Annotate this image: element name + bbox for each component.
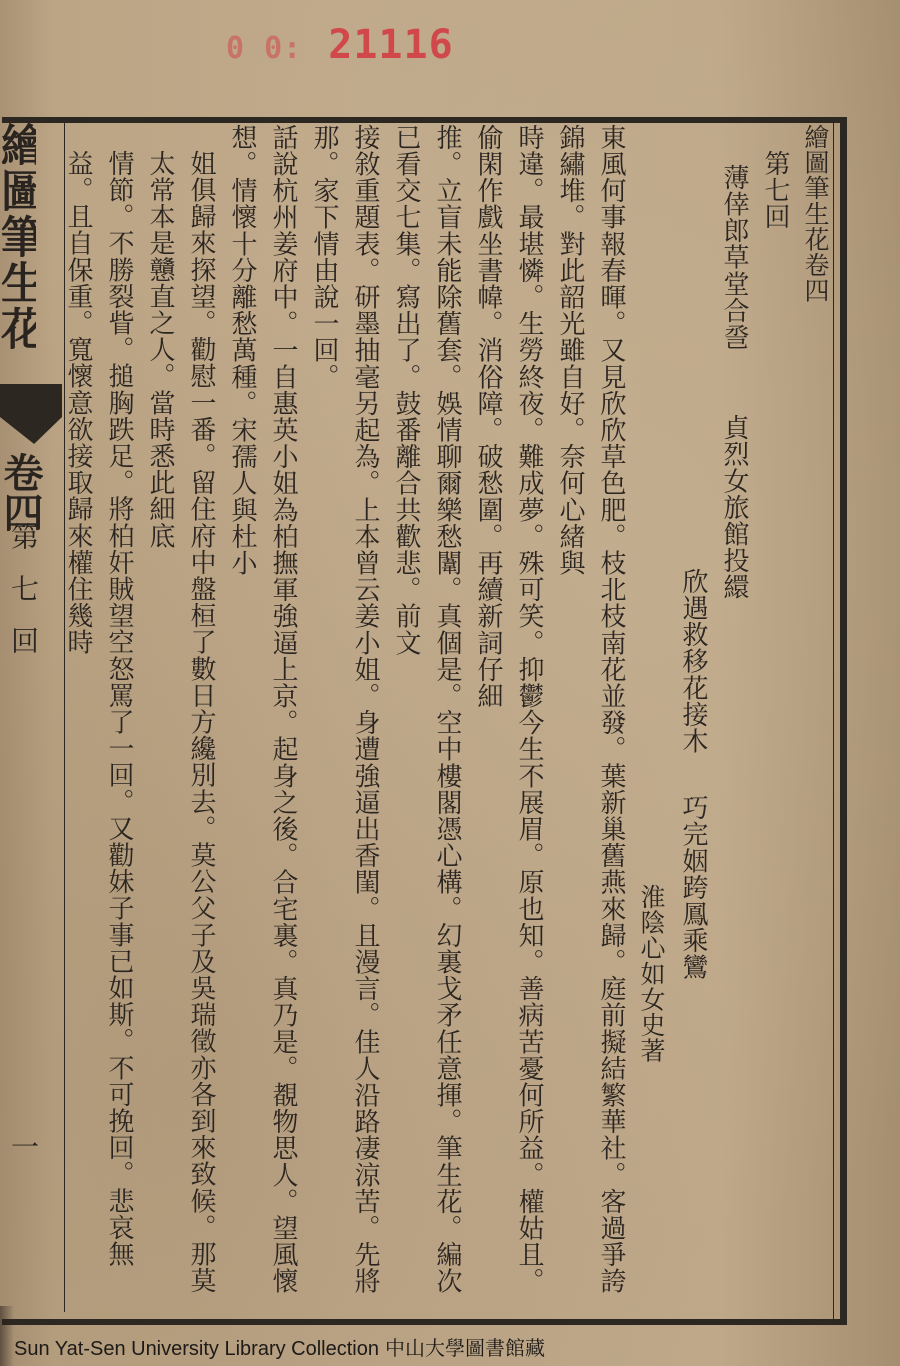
spine-volume: 卷四	[2, 452, 38, 532]
chapter-couplet-line-1: 薄倖郎草堂合巹貞烈女旅館投繯	[713, 124, 754, 1306]
couplet-1a: 薄倖郎草堂合巹	[719, 164, 749, 350]
text-column: 推。立盲未能除舊套。娛情聊爾樂愁闈。真個是。空中樓閣憑心構。幻裏戈矛任意揮。筆生…	[385, 124, 467, 1306]
text-column: 話說杭州姜府中。一自惠英小姐為柏撫軍強逼上京。起身之後。合宅裏。真乃是。覩物思人…	[221, 124, 303, 1306]
couplet-2a: 欣遇救移花接木	[678, 568, 708, 754]
text-column: 姐俱歸來探望。勸慰一番。留住府中盤桓了數日方纔別去。莫公父子及吳瑞徵亦各到來致候…	[139, 124, 221, 1306]
text-column: 時違。最堪憐。生勞終夜。難成夢。殊可笑。抑鬱今生不展眉。原也知。善病苦憂何所益。…	[467, 124, 549, 1306]
spine-book-title: 繪圖筆生花	[0, 122, 36, 382]
fishtail-mark-icon	[0, 384, 62, 444]
spine-chapter: 第七回	[6, 522, 38, 678]
main-text-body: 繪圖筆生花卷四 第七回 薄倖郎草堂合巹貞烈女旅館投繯 欣遇救移花接木巧完姻跨鳳乘…	[66, 124, 836, 1306]
page-edge-shadow	[0, 1306, 14, 1366]
stamp-faded-prefix: 0 0:	[226, 31, 302, 66]
text-column: 情節。不勝裂眥。搥胸跌足。將柏奸賊望空怒罵了一回。又勸妹子事已如斯。不可挽回。悲…	[66, 124, 139, 1306]
chapter-couplet-line-2: 欣遇救移花接木巧完姻跨鳳乘鸞	[672, 124, 713, 1306]
library-accession-stamp: 0 0:21116	[226, 22, 454, 68]
text-column: 接敘重題表。研墨抽毫另起為。上本曾云姜小姐。身遭強逼出香閨。且漫言。佳人沿路凄涼…	[303, 124, 385, 1306]
collection-label-cn: 中山大學圖書館藏	[385, 1336, 545, 1360]
chapter-heading: 第七回	[754, 124, 795, 1306]
collection-footer: Sun Yat-Sen University Library Collectio…	[14, 1332, 545, 1361]
book-title-heading: 繪圖筆生花卷四	[795, 124, 836, 1306]
collection-label-en: Sun Yat-Sen University Library Collectio…	[14, 1338, 379, 1360]
author-line: 淮陰心如女史著	[631, 124, 672, 1306]
spine-margin: 繪圖筆生花 卷四 第七回 一	[0, 122, 64, 1312]
text-column: 東風何事報春暉。又見欣欣草色肥。枝北枝南花並發。葉新巢舊燕來歸。庭前擬結繁華社。…	[549, 124, 631, 1306]
couplet-1b: 貞烈女旅館投繯	[719, 414, 749, 600]
spine-divider-line	[64, 122, 65, 1312]
couplet-2b: 巧完姻跨鳳乘鸞	[678, 794, 708, 980]
stamp-number: 21116	[328, 22, 453, 68]
spine-page-number: 一	[4, 1132, 38, 1160]
